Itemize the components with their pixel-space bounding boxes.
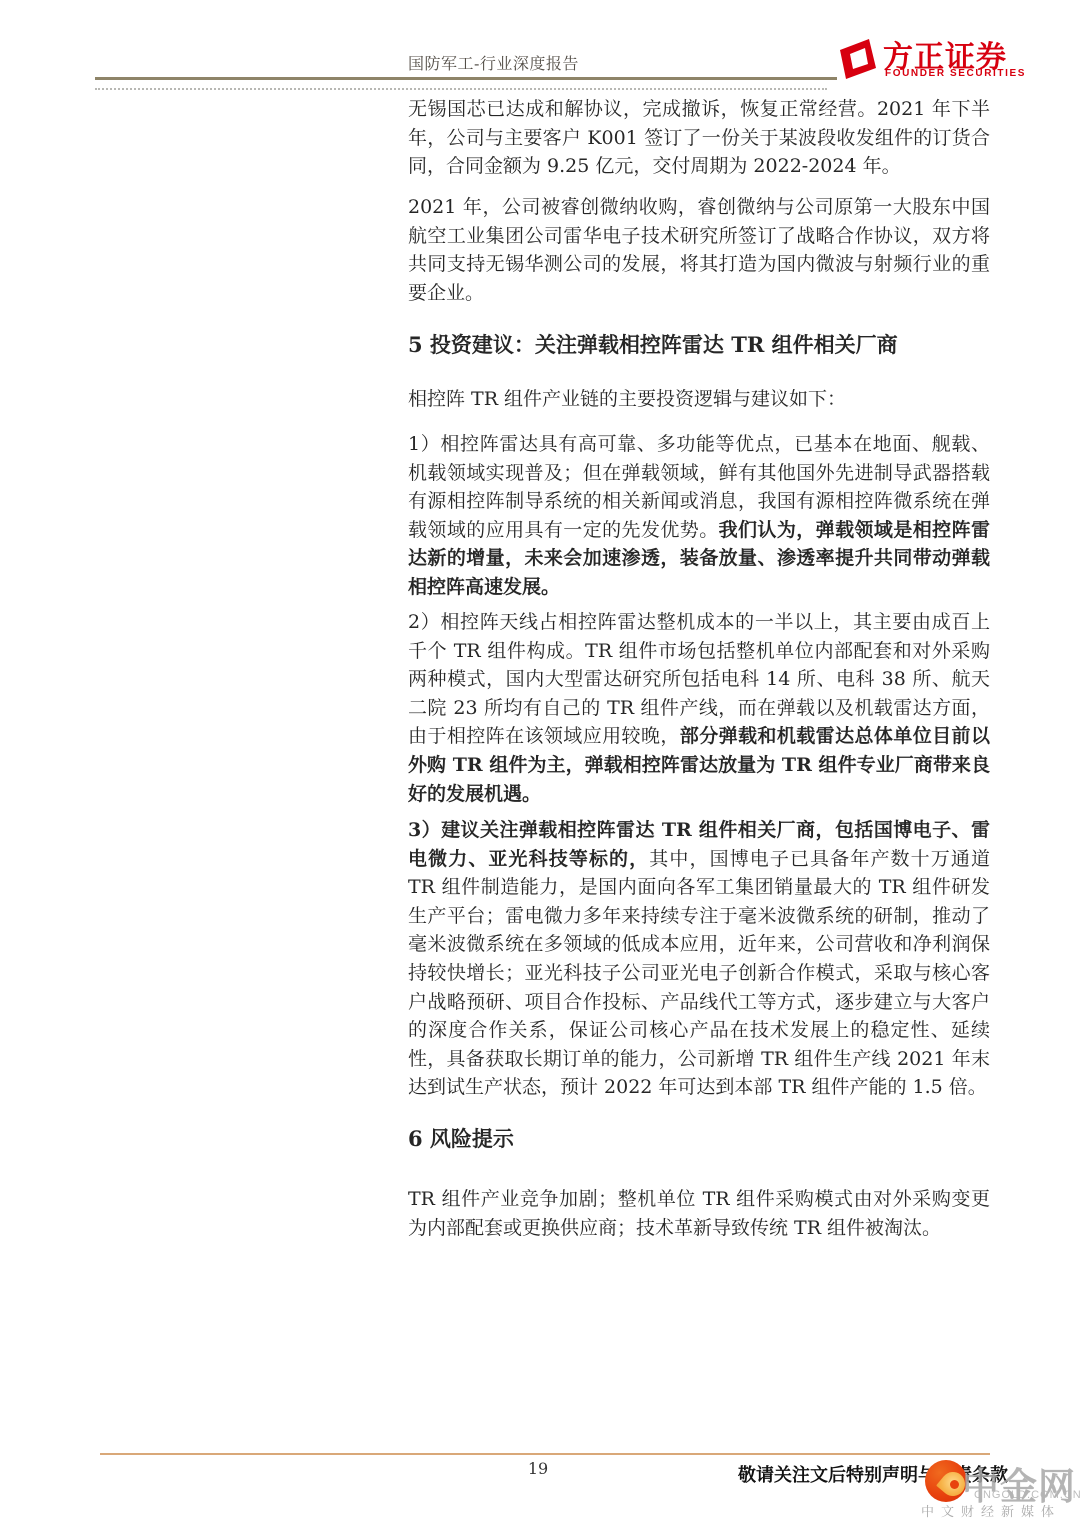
- header-divider-solid: [95, 77, 837, 80]
- paragraph-raytron-acquisition: 2021 年，公司被睿创微纳收购，睿创微纳与公司原第一大股东中国航空工业集团公司…: [408, 193, 990, 307]
- paragraph-risk-warning: TR 组件产业竞争加剧；整机单位 TR 组件采购模式由对外采购变更为内部配套或更…: [408, 1185, 990, 1242]
- list-item-1: 1）相控阵雷达具有高可靠、多功能等优点，已基本在地面、舰载、机载领域实现普及；但…: [408, 430, 990, 602]
- cngold-tagline: 中文财经新媒体: [921, 1501, 1061, 1520]
- item3-normal-text: 其中，国博电子已具备年产数十万通道 TR 组件制造能力，是国内面向各军工集团销量…: [408, 848, 990, 1099]
- founder-logo-name-en: FOUNDER SECURITIES: [885, 68, 1026, 79]
- paragraph-investment-logic-intro: 相控阵 TR 组件产业链的主要投资逻辑与建议如下：: [408, 385, 990, 414]
- cngold-logo-icon: [925, 1460, 967, 1502]
- cngold-watermark: 中金网 CNGOLD.COM.CN 中文财经新媒体: [918, 1456, 1080, 1527]
- footer-divider: [100, 1453, 990, 1455]
- section-heading-6-risk-warning: 6 风险提示: [408, 1126, 990, 1152]
- section-heading-5-investment-advice: 5 投资建议：关注弹载相控阵雷达 TR 组件相关厂商: [408, 332, 990, 358]
- founder-logo-icon: [833, 36, 879, 82]
- report-type-header: 国防军工-行业深度报告: [408, 51, 638, 74]
- list-item-3: 3）建议关注弹载相控阵雷达 TR 组件相关厂商，包括国博电子、雷电微力、亚光科技…: [408, 816, 990, 1102]
- founder-securities-logo: 方正证券 FOUNDER SECURITIES: [833, 32, 1063, 84]
- page-number: 19: [518, 1459, 558, 1478]
- header-divider-dotted: [95, 88, 827, 90]
- report-page: 国防军工-行业深度报告 方正证券 FOUNDER SECURITIES 无锡国芯…: [0, 0, 1080, 1527]
- cngold-domain: CNGOLD.COM.CN: [974, 1489, 1080, 1501]
- paragraph-wuxi-guoxin: 无锡国芯已达成和解协议，完成撤诉，恢复正常经营。2021 年下半年，公司与主要客…: [408, 95, 990, 181]
- list-item-2: 2）相控阵天线占相控阵雷达整机成本的一半以上，其主要由成百上千个 TR 组件构成…: [408, 608, 990, 808]
